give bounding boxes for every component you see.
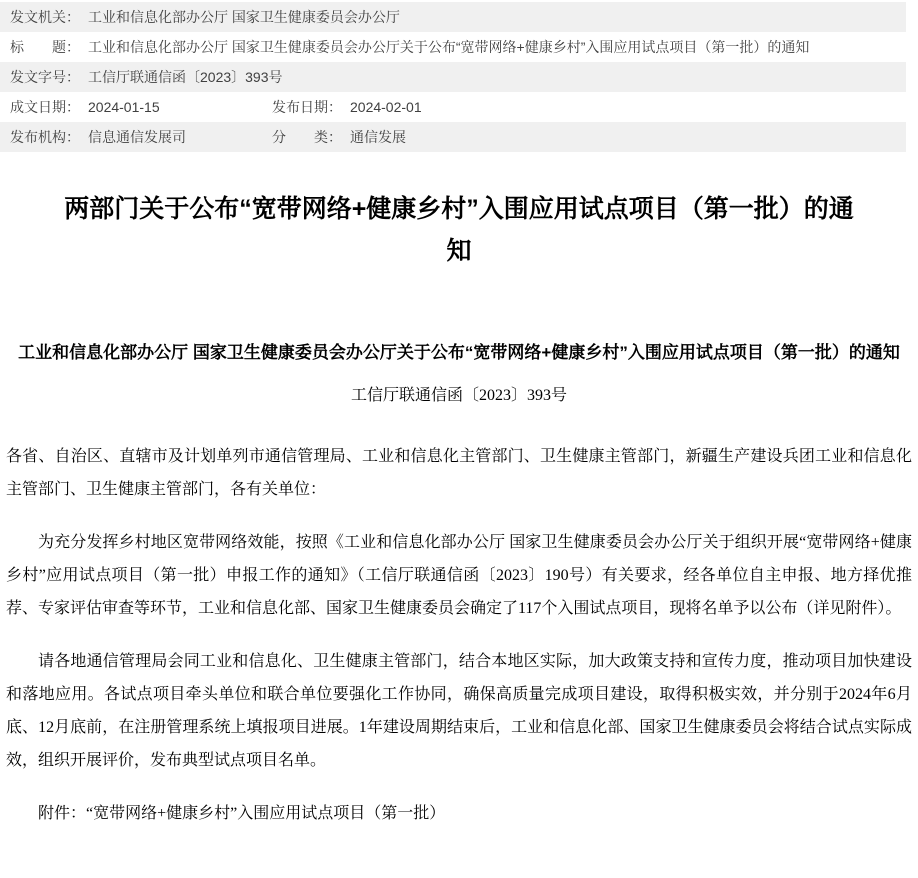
meta-label-written-date: 成文日期： bbox=[10, 92, 80, 122]
paragraph-salutation: 各省、自治区、直辖市及计划单列市通信管理局、工业和信息化主管部门、卫生健康主管部… bbox=[6, 440, 912, 506]
meta-value-written-date: 2024-01-15 bbox=[88, 92, 272, 122]
paragraph-body-1: 为充分发挥乡村地区宽带网络效能，按照《工业和信息化部办公厅 国家卫生健康委员会办… bbox=[6, 526, 912, 625]
meta-label-category: 分 类： bbox=[272, 122, 342, 152]
meta-row-doc-number: 发文字号：工信厅联通信函〔2023〕393号 bbox=[0, 62, 906, 92]
page-title: 两部门关于公布“宽带网络+健康乡村”入围应用试点项目（第一批）的通知 bbox=[59, 188, 859, 272]
meta-label-issuing-agency: 发文机关： bbox=[10, 2, 80, 32]
meta-label-publish-date: 发布日期： bbox=[272, 92, 342, 122]
meta-value-title: 工业和信息化部办公厅 国家卫生健康委员会办公厅关于公布“宽带网络+健康乡村”入围… bbox=[88, 39, 809, 55]
document-meta-table: 发文机关：工业和信息化部办公厅 国家卫生健康委员会办公厅 标 题：工业和信息化部… bbox=[0, 2, 906, 152]
document-content: 两部门关于公布“宽带网络+健康乡村”入围应用试点项目（第一批）的通知 工业和信息… bbox=[0, 188, 918, 830]
meta-row-title: 标 题：工业和信息化部办公厅 国家卫生健康委员会办公厅关于公布“宽带网络+健康乡… bbox=[0, 32, 906, 62]
meta-row-publisher-category: 发布机构：信息通信发展司分 类：通信发展 bbox=[0, 122, 906, 152]
document-body: 各省、自治区、直辖市及计划单列市通信管理局、工业和信息化主管部门、卫生健康主管部… bbox=[6, 440, 912, 777]
meta-label-title: 标 题： bbox=[10, 32, 80, 62]
meta-value-publish-date: 2024-02-01 bbox=[350, 99, 422, 115]
meta-label-doc-number: 发文字号： bbox=[10, 62, 80, 92]
meta-value-issuing-agency: 工业和信息化部办公厅 国家卫生健康委员会办公厅 bbox=[88, 9, 400, 25]
paragraph-body-2: 请各地通信管理局会同工业和信息化、卫生健康主管部门，结合本地区实际，加大政策支持… bbox=[6, 645, 912, 777]
document-reference-number: 工信厅联通信函〔2023〕393号 bbox=[6, 382, 912, 410]
meta-value-publisher: 信息通信发展司 bbox=[88, 122, 272, 152]
meta-row-dates: 成文日期：2024-01-15发布日期：2024-02-01 bbox=[0, 92, 906, 122]
meta-value-category: 通信发展 bbox=[350, 129, 406, 145]
meta-value-doc-number: 工信厅联通信函〔2023〕393号 bbox=[88, 69, 283, 85]
meta-label-publisher: 发布机构： bbox=[10, 122, 80, 152]
attachment-line: 附件：“宽带网络+健康乡村”入围应用试点项目（第一批） bbox=[6, 797, 912, 830]
meta-row-issuing-agency: 发文机关：工业和信息化部办公厅 国家卫生健康委员会办公厅 bbox=[0, 2, 906, 32]
document-subtitle: 工业和信息化部办公厅 国家卫生健康委员会办公厅关于公布“宽带网络+健康乡村”入围… bbox=[6, 334, 912, 372]
